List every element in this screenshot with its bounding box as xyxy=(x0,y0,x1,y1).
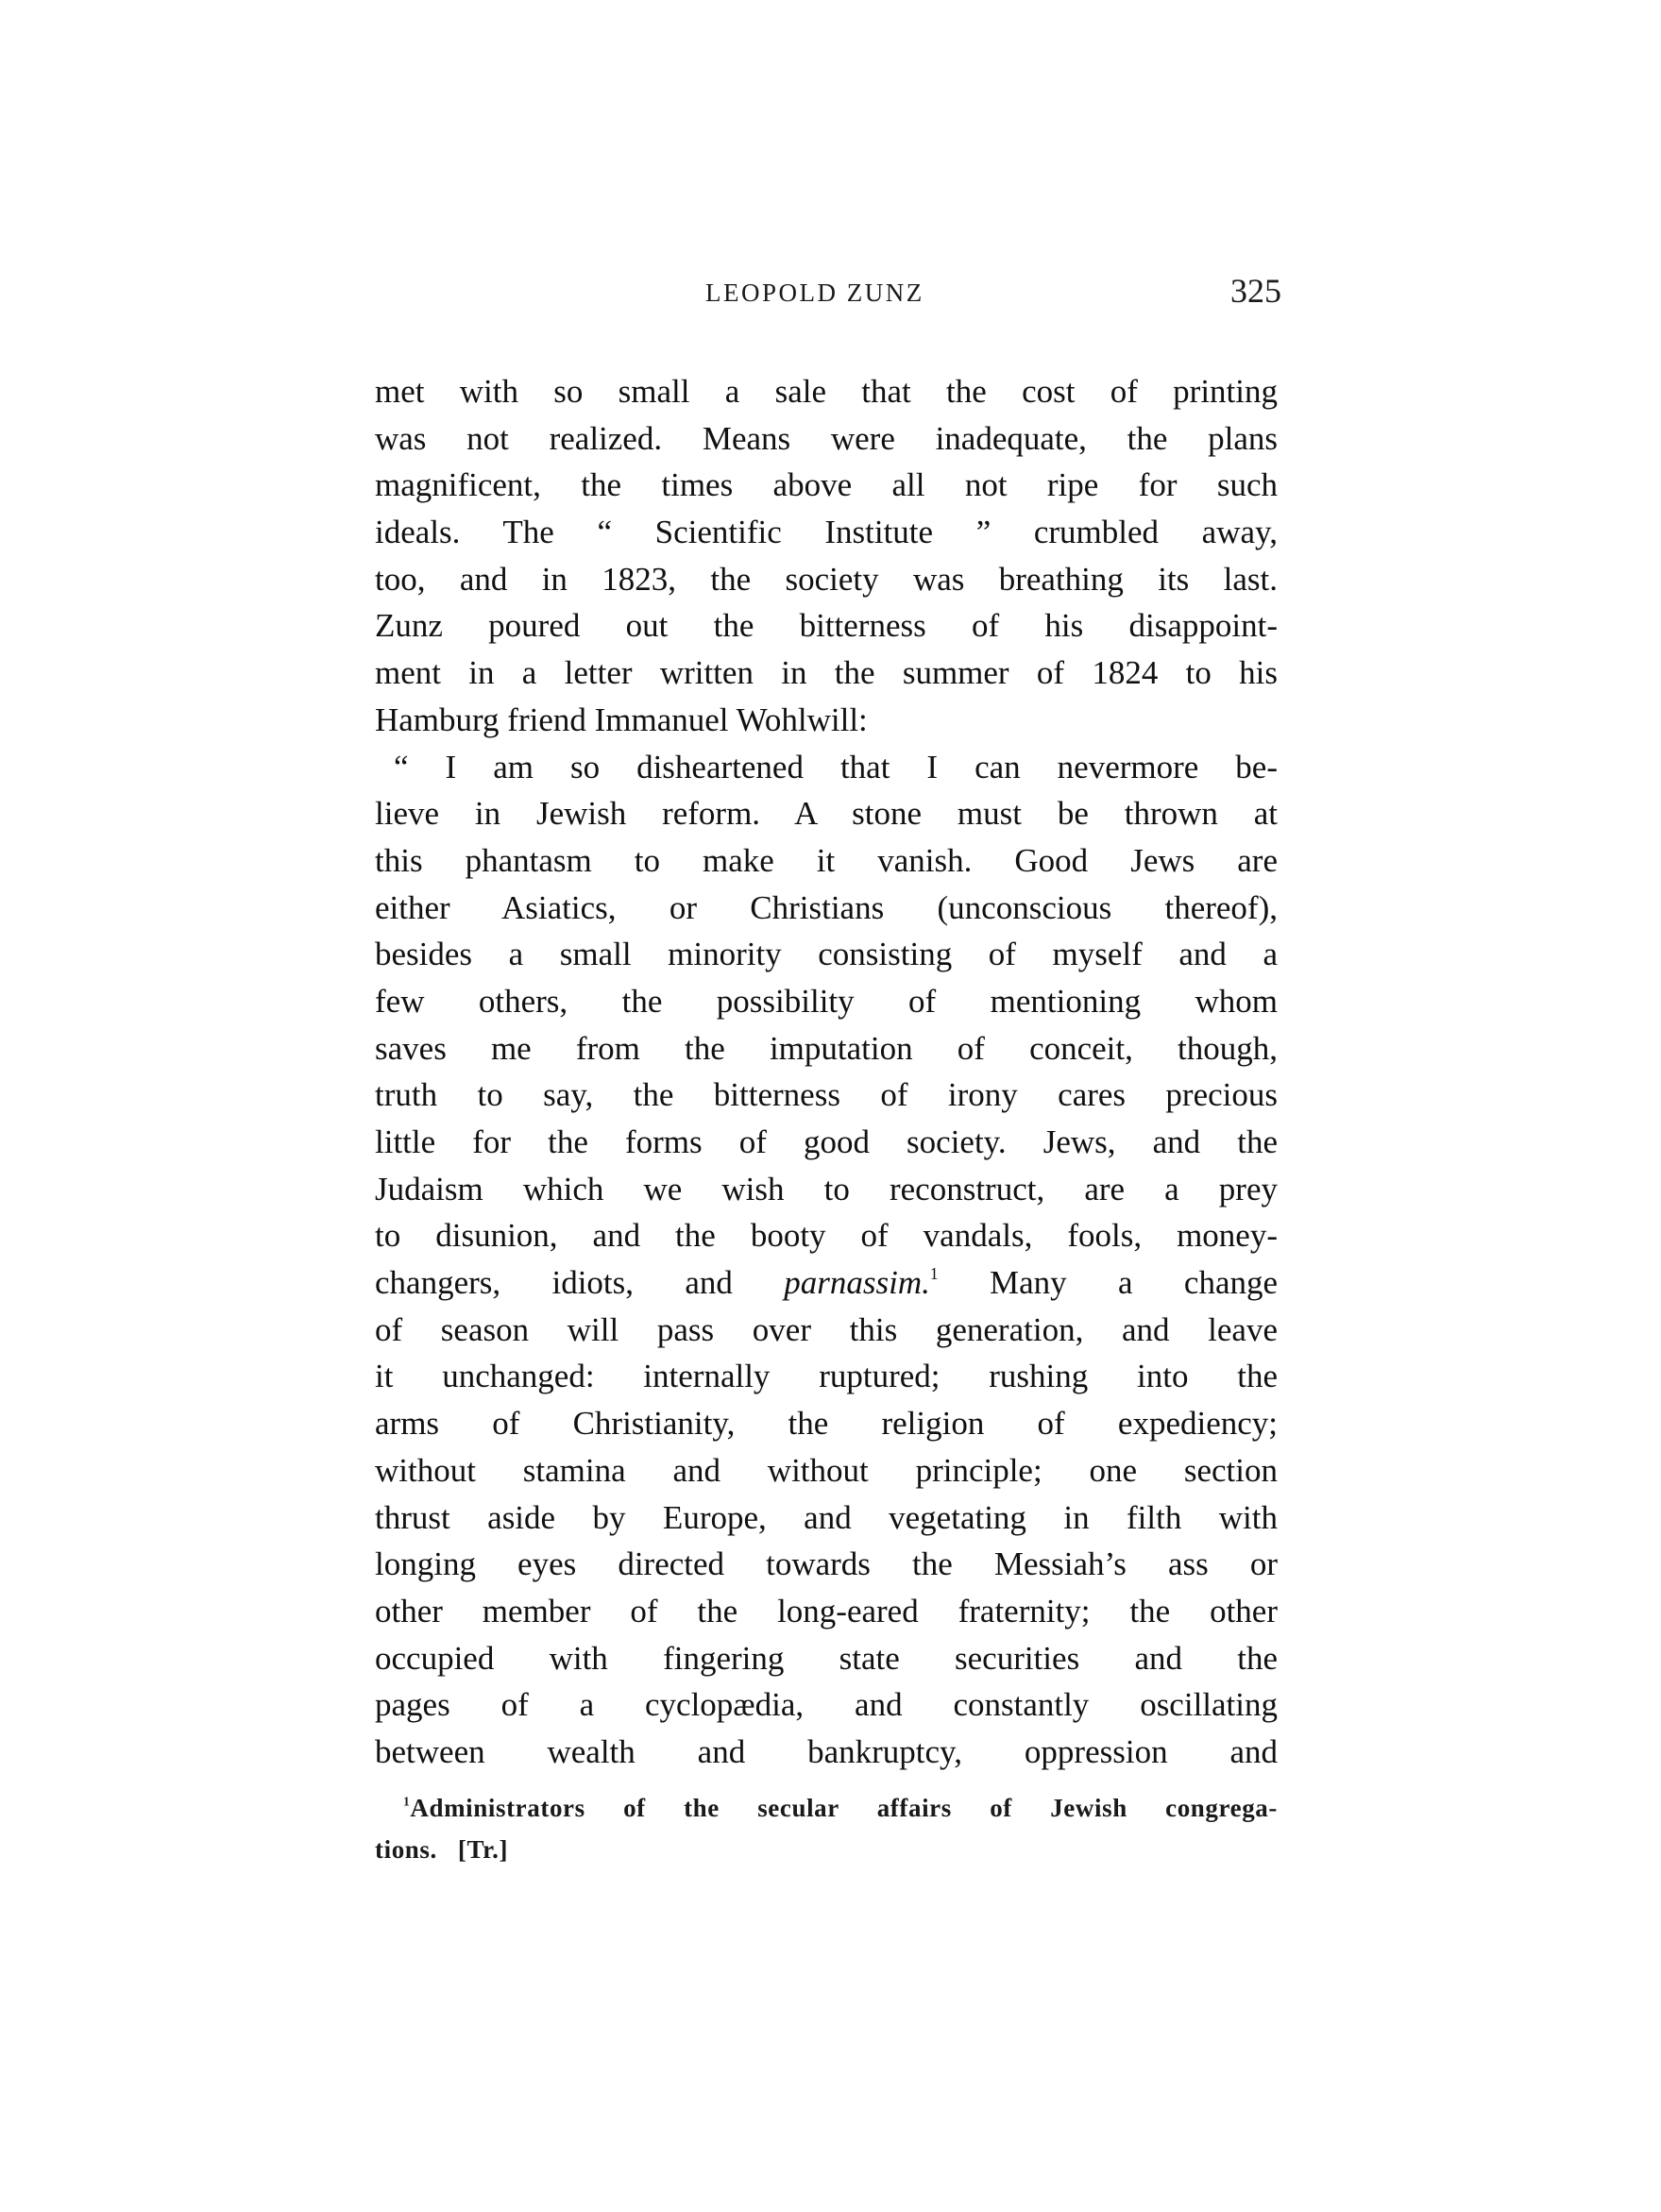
footnote-1-line-1: 1Administrators of the secular affairs o… xyxy=(375,1787,1278,1829)
text-line-27: other member of the long-eared fraternit… xyxy=(375,1588,1278,1635)
text-line-15: saves me from the imputation of conceit,… xyxy=(375,1025,1278,1072)
text-line-17: little for the forms of good society. Je… xyxy=(375,1119,1278,1166)
text-line-22: it unchanged: internally ruptured; rushi… xyxy=(375,1353,1278,1400)
text-line-20-start: changers, idiots, and xyxy=(375,1264,733,1301)
text-line-20: changers, idiots, and parnassim.1 Many a… xyxy=(375,1259,1278,1307)
text-line-10: lieve in Jewish reform. A stone must be … xyxy=(375,790,1278,837)
page-number: 325 xyxy=(1230,272,1281,310)
text-line-8: Hamburg friend Immanuel Wohlwill: xyxy=(375,697,1278,744)
text-line-24: without stamina and without principle; o… xyxy=(375,1447,1278,1494)
text-line-4: ideals. The “ Scientific Institute ” cru… xyxy=(375,509,1278,556)
text-line-25: thrust aside by Europe, and vegetating i… xyxy=(375,1494,1278,1542)
text-line-13: besides a small minority consisting of m… xyxy=(375,931,1278,978)
text-line-5: too, and in 1823, the society was breath… xyxy=(375,556,1278,603)
text-line-28: occupied with fingering state securities… xyxy=(375,1635,1278,1682)
quote-start-line: “ I am so disheartened that I can neverm… xyxy=(375,744,1278,791)
text-line-3: magnificent, the times above all not rip… xyxy=(375,462,1278,509)
footnote-1-text: Administrators of the secular affairs of… xyxy=(410,1794,1278,1822)
book-page: LEOPOLD ZUNZ 325 met with so small a sal… xyxy=(0,0,1661,2212)
text-line-26: longing eyes directed towards the Messia… xyxy=(375,1541,1278,1588)
text-line-2: was not realized. Means were inadequate,… xyxy=(375,415,1278,463)
body-text: met with so small a sale that the cost o… xyxy=(375,368,1278,1776)
footnote-1-line-2: tions.[Tr.] xyxy=(375,1829,1278,1870)
text-line-7: ment in a letter written in the summer o… xyxy=(375,650,1278,697)
text-line-30: between wealth and bankruptcy, oppressio… xyxy=(375,1729,1278,1776)
text-line-11: this phantasm to make it vanish. Good Je… xyxy=(375,837,1278,885)
running-title: LEOPOLD ZUNZ xyxy=(705,276,924,310)
footnote-reference[interactable]: 1 xyxy=(930,1264,939,1283)
text-line-21: of season will pass over this generation… xyxy=(375,1307,1278,1354)
footnotes: 1Administrators of the secular affairs o… xyxy=(375,1787,1278,1870)
text-line-19: to disunion, and the booty of vandals, f… xyxy=(375,1212,1278,1259)
text-line-12: either Asiatics, or Christians (unconsci… xyxy=(375,885,1278,932)
running-head: LEOPOLD ZUNZ 325 xyxy=(375,276,1281,313)
footnote-1-text-end: tions. xyxy=(375,1835,437,1864)
text-line-20-end: Many a change xyxy=(990,1264,1278,1301)
text-line-14: few others, the possibility of mentionin… xyxy=(375,978,1278,1025)
text-line-16: truth to say, the bitterness of irony ca… xyxy=(375,1072,1278,1119)
text-line-29: pages of a cyclopædia, and constantly os… xyxy=(375,1681,1278,1729)
italic-term-parnassim: parnassim. xyxy=(784,1264,930,1301)
text-line-23: arms of Christianity, the religion of ex… xyxy=(375,1400,1278,1447)
text-line-1: met with so small a sale that the cost o… xyxy=(375,368,1278,415)
translator-note: [Tr.] xyxy=(458,1835,508,1864)
text-line-6: Zunz poured out the bitterness of his di… xyxy=(375,602,1278,650)
text-line-18: Judaism which we wish to reconstruct, ar… xyxy=(375,1166,1278,1213)
